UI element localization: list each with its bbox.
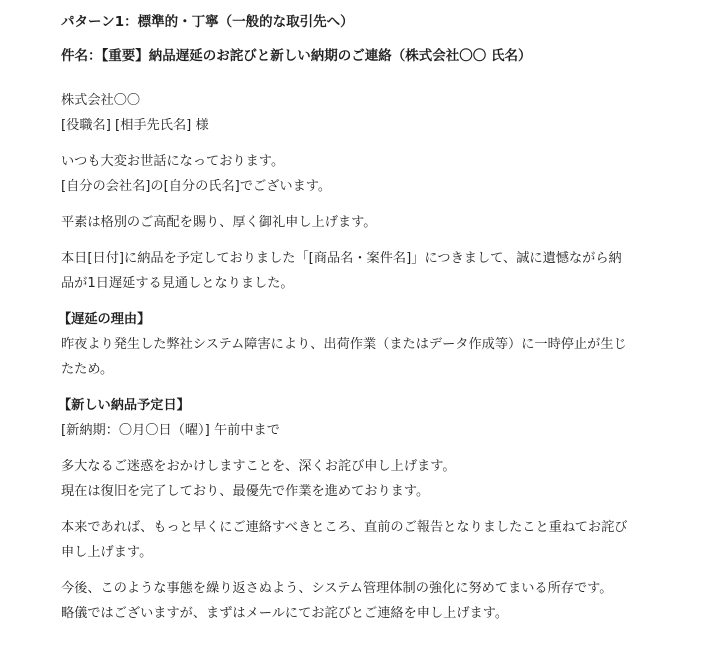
greeting-block: いつも大変お世話になっております。 [自分の会社名]の[自分の氏名]でございます… — [61, 149, 681, 199]
recipient-block: 株式会社〇〇 [役職名] [相手先氏名] 様 — [61, 88, 681, 138]
apology-line-1: 多大なるご迷惑をおかけしますことを、深くお詫び申し上げます。 — [61, 454, 681, 479]
notice-line-2: 品が1日遅延する見通しとなりました。 — [61, 271, 681, 296]
new-date-title: 【新しい納品予定日】 — [58, 393, 681, 418]
reason-line-1: 昨夜より発生した弊社システム障害により、出荷作業（またはデータ作成等）に一時停止… — [61, 332, 681, 357]
delay-notice-block: 本日[日付]に納品を予定しておりました「[商品名・案件名]」につきまして、誠に遺… — [61, 246, 681, 296]
email-template-document: パターン1：標準的・丁寧（一般的な取引先へ） 件名：【重要】納品遅延のお詫びと新… — [61, 10, 681, 637]
thanks-line: 平素は格別のご高配を賜り、厚く御礼申し上げます。 — [61, 210, 681, 235]
late-notice-block: 本来であれば、もっと早くにご連絡すべきところ、直前のご報告となりましたこと重ねて… — [61, 515, 681, 565]
email-subject: 件名：【重要】納品遅延のお詫びと新しい納期のご連絡（株式会社〇〇 氏名） — [61, 44, 681, 68]
reason-title: 【遅延の理由】 — [58, 307, 681, 332]
late-notice-line-1: 本来であれば、もっと早くにご連絡すべきところ、直前のご報告となりましたこと重ねて… — [61, 515, 681, 540]
reason-line-2: たため。 — [61, 357, 681, 382]
pattern-title: パターン1：標準的・丁寧（一般的な取引先へ） — [61, 10, 681, 34]
notice-line-1: 本日[日付]に納品を予定しておりました「[商品名・案件名]」につきまして、誠に遺… — [61, 246, 681, 271]
apology-line-2: 現在は復旧を完了しており、最優先で作業を進めております。 — [61, 479, 681, 504]
new-date-block: 【新しい納品予定日】 [新納期：〇月〇日（曜）] 午前中まで — [61, 393, 681, 443]
recipient-name: [役職名] [相手先氏名] 様 — [61, 113, 681, 138]
reason-block: 【遅延の理由】 昨夜より発生した弊社システム障害により、出荷作業（またはデータ作… — [61, 307, 681, 382]
closing-line-2: 略儀ではございますが、まずはメールにてお詫びとご連絡を申し上げます。 — [61, 601, 681, 626]
apology-block: 多大なるご迷惑をおかけしますことを、深くお詫び申し上げます。 現在は復旧を完了し… — [61, 454, 681, 504]
closing-block: 今後、このような事態を繰り返さぬよう、システム管理体制の強化に努めてまいる所存で… — [61, 576, 681, 626]
greeting-line-2: [自分の会社名]の[自分の氏名]でございます。 — [61, 174, 681, 199]
new-date-line: [新納期：〇月〇日（曜）] 午前中まで — [61, 418, 681, 443]
late-notice-line-2: 申し上げます。 — [61, 540, 681, 565]
greeting-line-1: いつも大変お世話になっております。 — [61, 149, 681, 174]
thanks-block: 平素は格別のご高配を賜り、厚く御礼申し上げます。 — [61, 210, 681, 235]
recipient-company: 株式会社〇〇 — [61, 88, 681, 113]
closing-line-1: 今後、このような事態を繰り返さぬよう、システム管理体制の強化に努めてまいる所存で… — [61, 576, 681, 601]
